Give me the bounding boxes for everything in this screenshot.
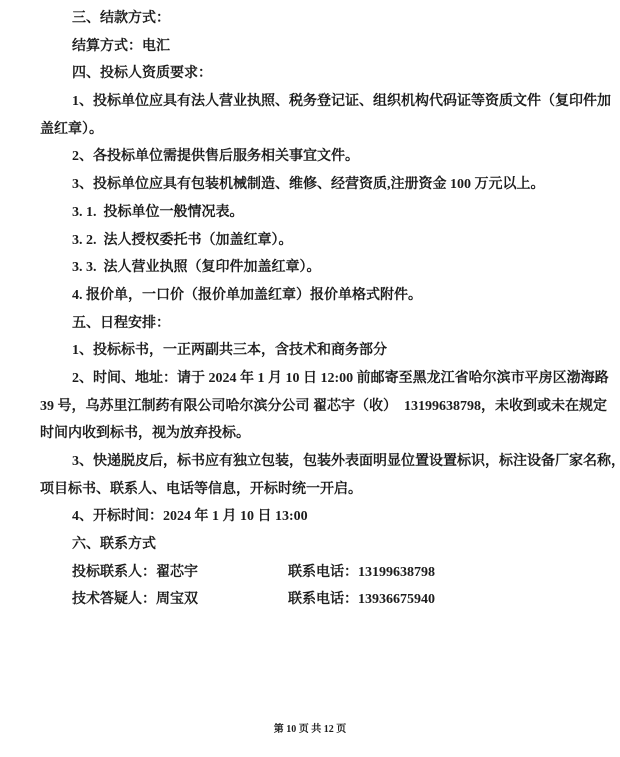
document-line: 三、结款方式： <box>40 5 588 33</box>
document-line: 3. 3. 法人营业执照（复印件加盖红章）。 <box>40 254 588 282</box>
document-line: 39 号，乌苏里江制药有限公司哈尔滨分公司 翟芯宇（收） 13199638798… <box>40 393 588 421</box>
document-body: 三、结款方式：结算方式：电汇四、投标人资质要求：1、投标单位应具有法人营业执照、… <box>40 5 588 614</box>
document-line: 结算方式：电汇 <box>40 33 588 61</box>
document-line: 3. 2. 法人授权委托书（加盖红章）。 <box>40 227 588 255</box>
document-line: 2、时间、地址：请于 2024 年 1 月 10 日 12:00 前邮寄至黑龙江… <box>40 365 588 393</box>
document-line: 3、投标单位应具有包装机械制造、维修、经营资质,注册资金 100 万元以上。 <box>40 171 588 199</box>
document-line: 四、投标人资质要求： <box>40 60 588 88</box>
document-line: 4. 报价单，一口价（报价单加盖红章）报价单格式附件。 <box>40 282 588 310</box>
document-line: 1、投标单位应具有法人营业执照、税务登记证、组织机构代码证等资质文件（复印件加 <box>40 88 588 116</box>
document-line: 1、投标标书，一正两副共三本，含技术和商务部分 <box>40 337 588 365</box>
page-number: 第 10 页 共 12 页 <box>274 724 347 735</box>
document-line: 项目标书、联系人、电话等信息，开标时统一开启。 <box>40 476 588 504</box>
document-line: 时间内收到标书，视为放弃投标。 <box>40 420 588 448</box>
document-line: 五、日程安排： <box>40 310 588 338</box>
document-page: 三、结款方式：结算方式：电汇四、投标人资质要求：1、投标单位应具有法人营业执照、… <box>0 0 620 757</box>
contact-label: 技术答疑人：周宝双 <box>72 586 288 614</box>
contact-label: 投标联系人：翟芯宇 <box>72 559 288 587</box>
document-line: 投标联系人：翟芯宇联系电话：13199638798 <box>40 559 588 587</box>
contact-phone: 联系电话：13936675940 <box>288 592 435 607</box>
contact-phone: 联系电话：13199638798 <box>288 565 435 580</box>
document-line: 3. 1. 投标单位一般情况表。 <box>40 199 588 227</box>
document-line: 2、各投标单位需提供售后服务相关事宜文件。 <box>40 143 588 171</box>
document-line: 盖红章）。 <box>40 116 588 144</box>
document-line: 3、快递脱皮后，标书应有独立包装，包装外表面明显位置设置标识，标注设备厂家名称， <box>40 448 588 476</box>
document-line: 六、联系方式 <box>40 531 588 559</box>
page-footer: 第 10 页 共 12 页 <box>0 723 620 737</box>
document-line: 技术答疑人：周宝双联系电话：13936675940 <box>40 586 588 614</box>
document-line: 4、开标时间：2024 年 1 月 10 日 13:00 <box>40 503 588 531</box>
